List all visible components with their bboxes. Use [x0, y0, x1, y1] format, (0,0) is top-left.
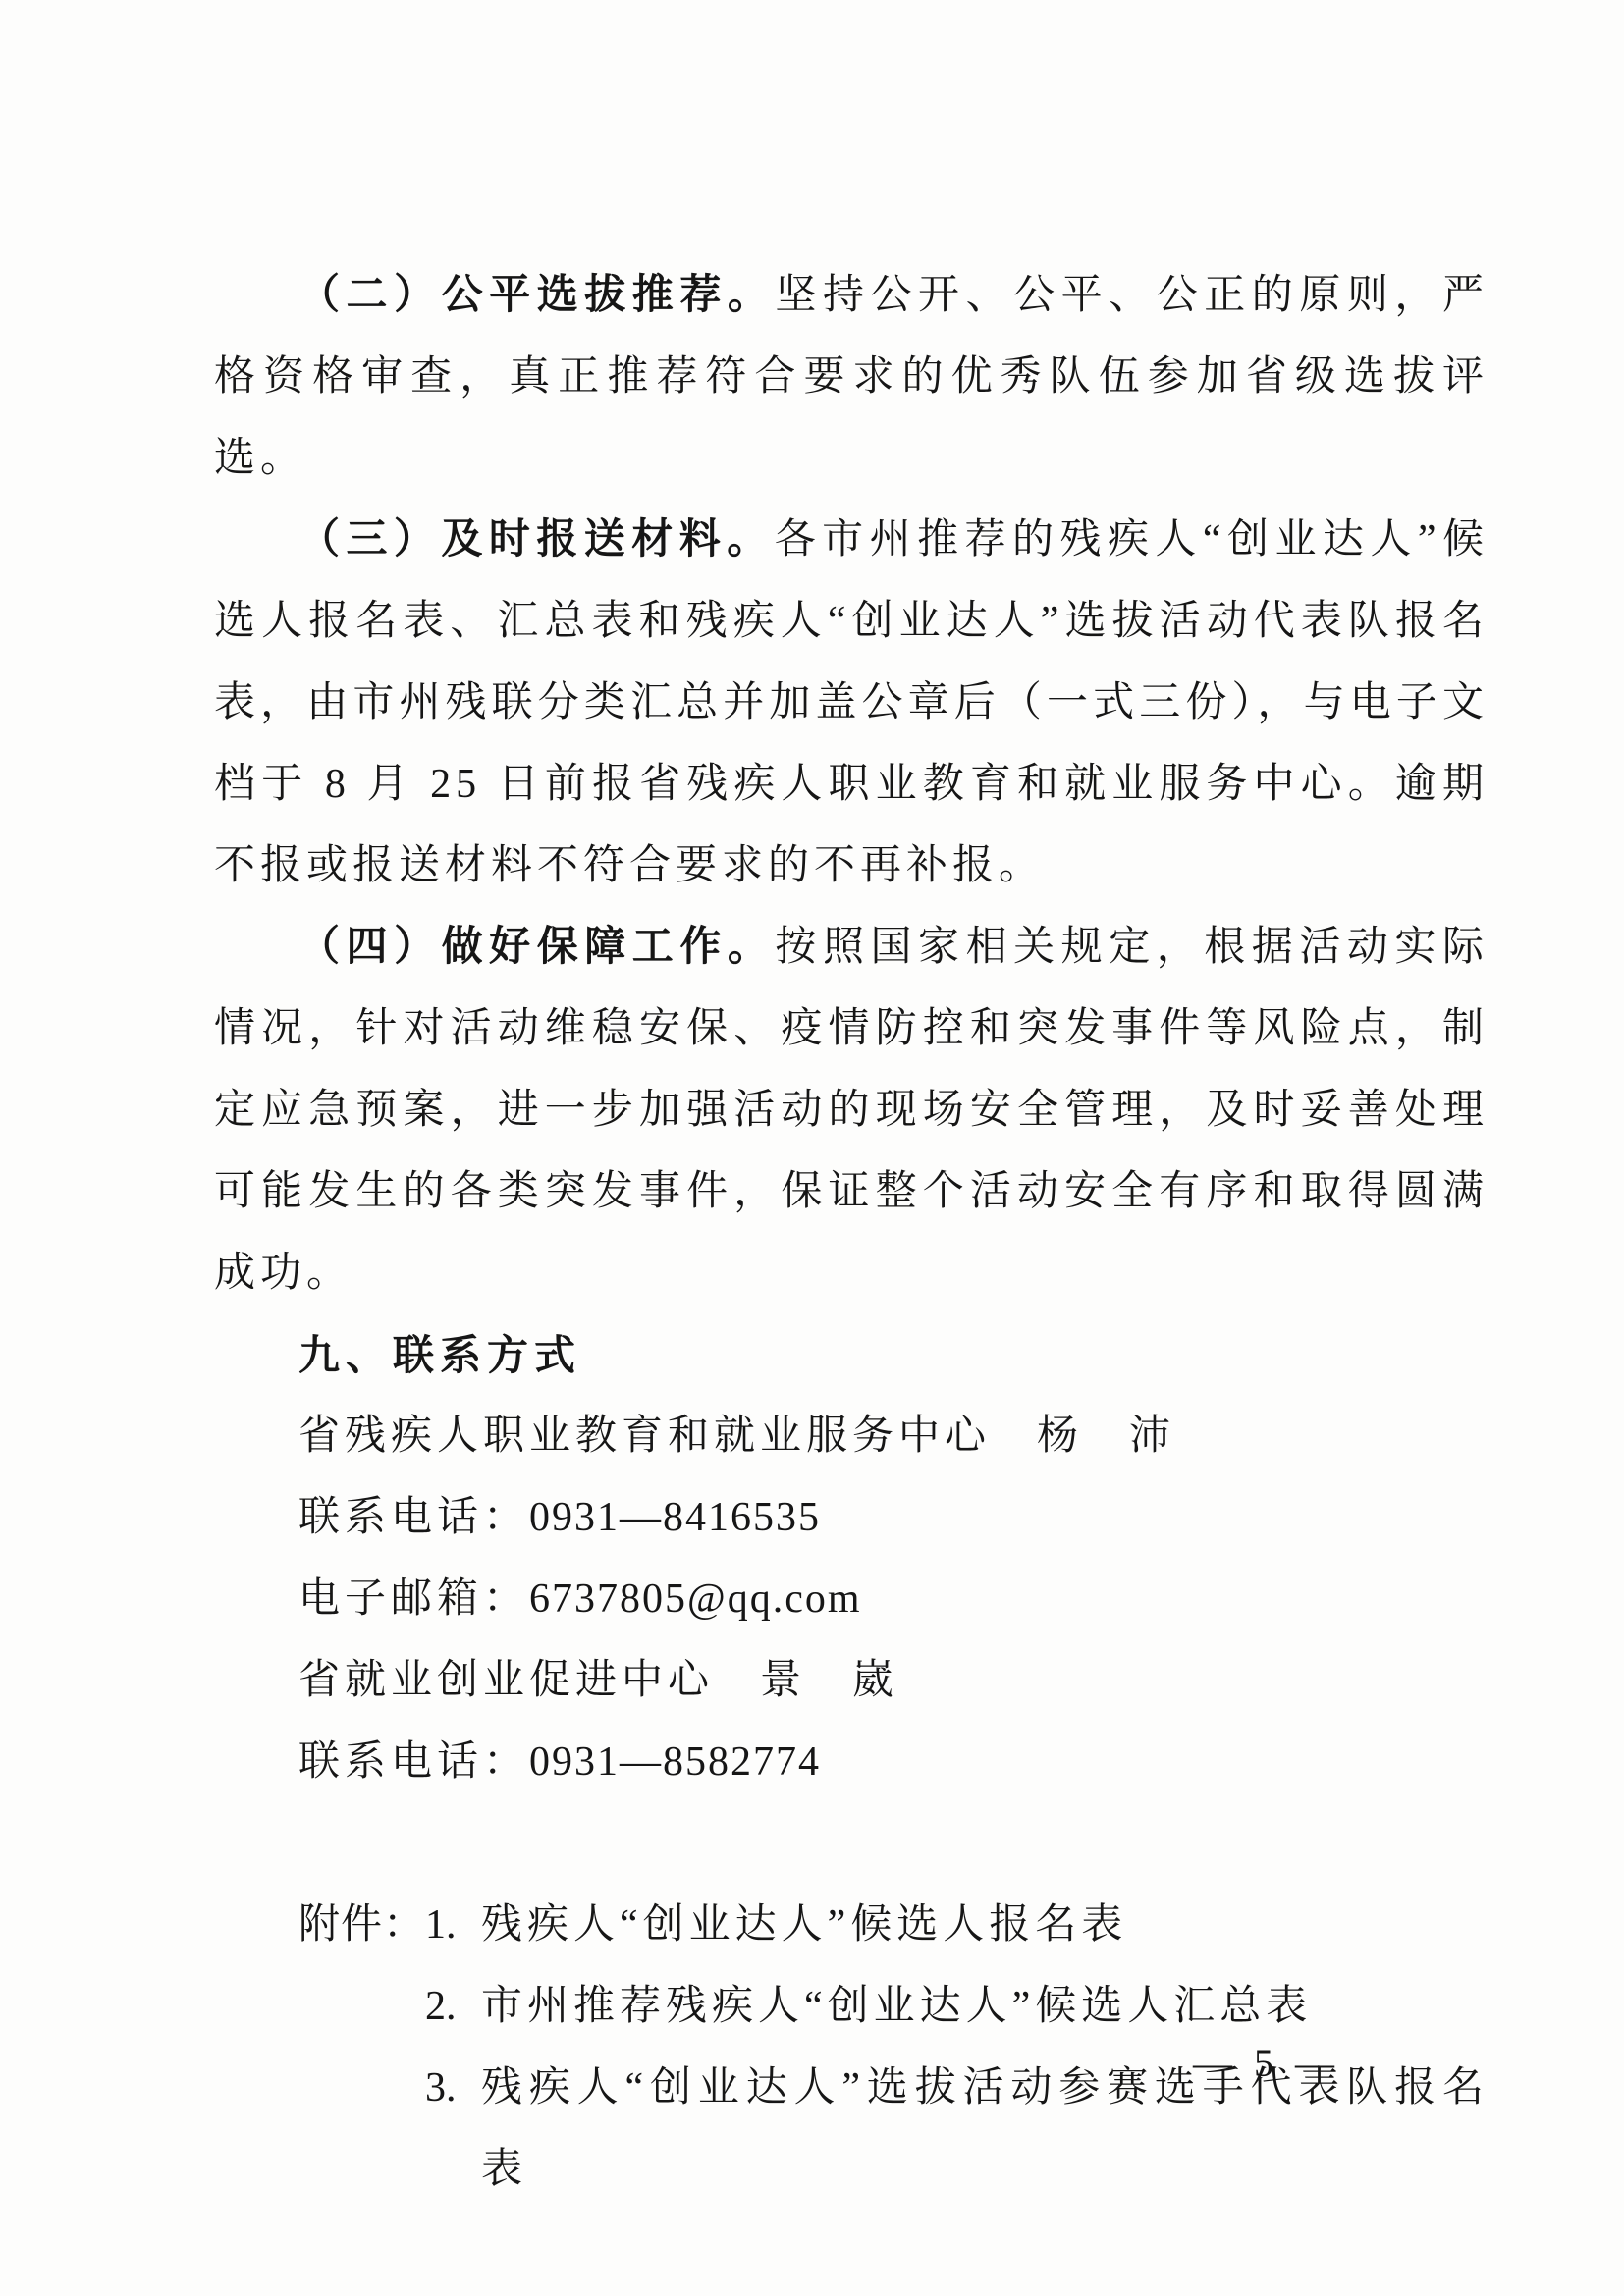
contact-email-value: 6737805@qq.com — [529, 1576, 862, 1622]
attachment-3-number: 3. — [425, 2048, 481, 2129]
paragraph-3-lead: （三）及时报送材料。 — [298, 517, 775, 562]
paragraph-4-text: 按照国家相关规定，根据活动实际情况，针对活动维稳安保、疫情防控和突发事件等风险点… — [214, 925, 1489, 1296]
contact-line-email: 电子邮箱：6737805@qq.com — [214, 1559, 1489, 1640]
contact-org-2-label: 省就业创业促进中心 景 崴 — [298, 1658, 898, 1703]
contact-phone-1-label: 联系电话： — [298, 1495, 529, 1540]
paragraph-3-text: 各市州推荐的残疾人“创业达人”候选人报名表、汇总表和残疾人“创业达人”选拔活动代… — [214, 517, 1489, 888]
contact-line-org-2: 省就业创业促进中心 景 崴 — [214, 1640, 1489, 1722]
attachment-item-1: 附件： 1. 残疾人“创业达人”候选人报名表 — [214, 1885, 1489, 1966]
document-body: （二）公平选拔推荐。坚持公开、公平、公正的原则，严格资格审查，真正推荐符合要求的… — [214, 255, 1489, 2211]
contact-phone-2-label: 联系电话： — [298, 1739, 529, 1785]
attachment-1-text: 残疾人“创业达人”候选人报名表 — [481, 1885, 1489, 1966]
document-page: （二）公平选拔推荐。坚持公开、公平、公正的原则，严格资格审查，真正推荐符合要求的… — [0, 0, 1624, 2296]
contact-section-heading: 九、联系方式 — [214, 1314, 1489, 1396]
paragraph-3: （三）及时报送材料。各市州推荐的残疾人“创业达人”候选人报名表、汇总表和残疾人“… — [214, 500, 1489, 907]
paragraph-4-lead: （四）做好保障工作。 — [298, 925, 775, 970]
paragraph-4: （四）做好保障工作。按照国家相关规定，根据活动实际情况，针对活动维稳安保、疫情防… — [214, 907, 1489, 1314]
contact-line-org-1: 省残疾人职业教育和就业服务中心 杨 沛 — [214, 1396, 1489, 1477]
contact-phone-2-value: 0931—8582774 — [529, 1739, 821, 1785]
attachment-2-number: 2. — [425, 1966, 481, 2048]
contact-org-1-label: 省残疾人职业教育和就业服务中心 杨 沛 — [298, 1414, 1175, 1459]
attachments-label: 附件： — [298, 1885, 425, 1966]
attachment-1-number: 1. — [425, 1885, 481, 1966]
contact-line-phone-1: 联系电话：0931—8416535 — [214, 1477, 1489, 1559]
page-number: — 5 — — [1183, 2034, 1350, 2093]
paragraph-2: （二）公平选拔推荐。坚持公开、公平、公正的原则，严格资格审查，真正推荐符合要求的… — [214, 255, 1489, 500]
contact-phone-1-value: 0931—8416535 — [529, 1495, 821, 1540]
contact-line-phone-2: 联系电话：0931—8582774 — [214, 1722, 1489, 1803]
paragraph-2-lead: （二）公平选拔推荐。 — [298, 273, 775, 318]
contact-email-label: 电子邮箱： — [298, 1576, 529, 1622]
